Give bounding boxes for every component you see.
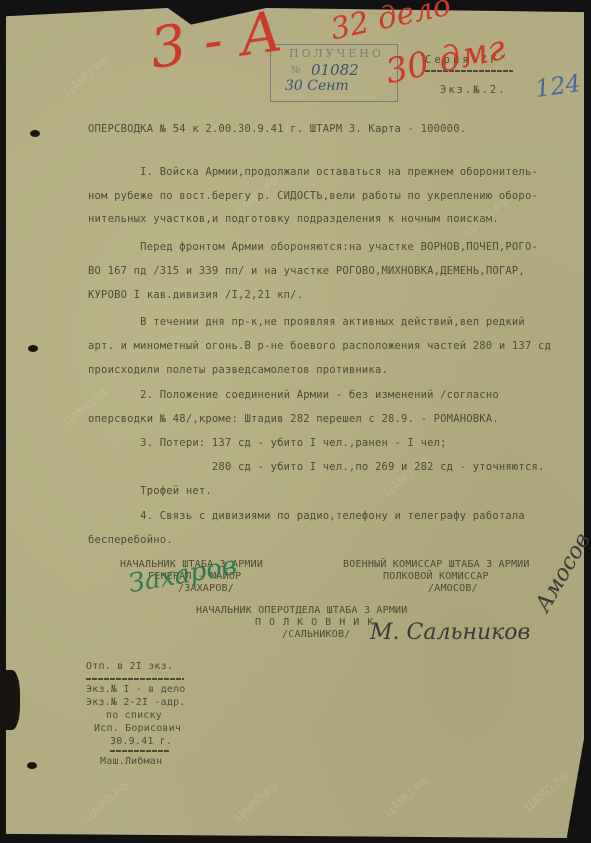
signature-center-rank: П О Л К О В Н И К <box>255 617 374 628</box>
paragraph-line: I. Войска Армии,продолжали оставаться на… <box>88 166 538 178</box>
distribution-line: по списку <box>106 710 162 721</box>
paragraph-line: бесперебойно. <box>88 534 173 546</box>
stamp-number-label: № <box>291 65 300 76</box>
paragraph-line: 2. Положение соединений Армии - без изме… <box>88 389 499 401</box>
received-stamp: ПОЛУЧЕНО № 01082 30 Сент <box>270 44 398 102</box>
signature-right-rank: ПОЛКОВОЙ КОМИССАР <box>383 571 489 582</box>
distribution-line: Экз.№ 2-2I -адр. <box>86 697 186 708</box>
paragraph-line: 280 сд - убито I чел.,по 269 и 282 сд - … <box>88 461 545 473</box>
paragraph-line: Трофей нет. <box>88 485 212 497</box>
distribution-line: 30.9.41 г. <box>110 736 172 747</box>
distribution-line: Экз.№ I - в дело <box>86 684 186 695</box>
signature-right-title: ВОЕННЫЙ КОМИССАР ШТАБА 3 АРМИИ <box>343 559 530 570</box>
paragraph-line: арт. и минометный огонь.В р-не боевого р… <box>88 340 551 352</box>
signature-center-title: НАЧАЛЬНИК ОПЕРОТДЕЛА ШТАБА 3 АРМИИ <box>196 605 408 616</box>
paragraph-line: В течении дня пр-к,не проявляя активных … <box>88 316 525 328</box>
paragraph-line: Перед фронтом Армии обороняются:на участ… <box>88 241 538 253</box>
divider <box>86 678 184 680</box>
handwritten-signature-center: М. Сальников <box>370 620 530 645</box>
document-heading: ОПЕРСВОДКА № 54 к 2.00.30.9.41 г. ШТАРМ … <box>88 123 466 135</box>
distribution-line: Отп. в 2I экз. <box>86 661 173 672</box>
paragraph-line: происходили полеты разведсамолетов проти… <box>88 364 388 376</box>
stamp-title: ПОЛУЧЕНО <box>289 47 384 60</box>
punch-hole <box>30 130 40 137</box>
punch-hole <box>28 345 38 352</box>
copy-number: Экз.№.2. <box>440 84 507 96</box>
paragraph-line: нительных участков,и подготовку подразде… <box>88 213 499 225</box>
stamp-date: 30 Сент <box>285 78 349 94</box>
paragraph-line: ном рубеже по вост.берегу р. СИДОСТЬ,вел… <box>88 190 538 202</box>
signature-right-name: /АМОСОВ/ <box>428 583 478 594</box>
paragraph-line: оперсводки № 48/,кроме: Штадив 282 переш… <box>88 413 499 425</box>
ink-blot <box>0 670 20 730</box>
paragraph-line: 4. Связь с дивизиями по радио,телефону и… <box>88 510 525 522</box>
distribution-line: Исп. Борисович <box>94 723 181 734</box>
paragraph-line: 3. Потери: 137 сд - убито I чел.,ранен -… <box>88 437 447 449</box>
punch-hole <box>27 762 37 769</box>
divider <box>110 750 170 752</box>
distribution-line: Маш.Либман <box>100 756 162 767</box>
paragraph-line: ВО 167 пд /315 и 339 пп/ и на участке РО… <box>88 265 525 277</box>
signature-center-name: /САЛЬНИКОВ/ <box>282 629 350 640</box>
paragraph-line: КУРОВО I кав.дивизия /I,2,21 кп/. <box>88 289 303 301</box>
stamp-number: 01082 <box>311 61 359 79</box>
